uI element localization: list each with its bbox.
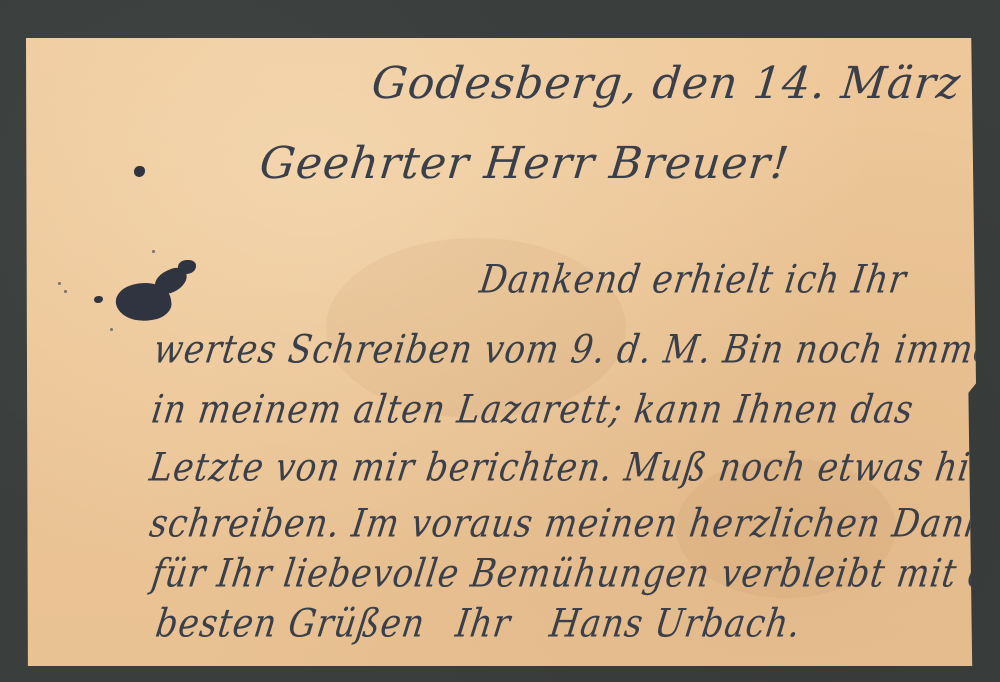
ink-dot (134, 166, 145, 177)
body-line-6: für Ihr liebevolle Bemühungen verbleibt … (149, 551, 1000, 597)
ink-speck (64, 290, 67, 293)
ink-speck (110, 328, 113, 331)
body-line-2: wertes Schreiben vom 9. d. M. Bin noch i… (151, 327, 1000, 373)
salutation: Geehrter Herr Breuer! (257, 138, 792, 189)
ink-blot (178, 260, 196, 274)
body-line-3: in meinem alten Lazarett; kann Ihnen das (149, 387, 917, 433)
ink-speck (58, 282, 61, 285)
body-line-1: Dankend erhielt ich Ihr (477, 257, 910, 303)
closing: Ihr (453, 601, 514, 647)
body-line-7: besten Grüßen (153, 601, 428, 647)
signature: Hans Urbach. (547, 601, 804, 647)
body-line-4: Letzte von mir berichten. Muß noch etwas… (147, 445, 1000, 491)
date-line: Godesberg, den 14. März 1917. (369, 58, 1000, 109)
postcard: Godesberg, den 14. März 1917. Geehrter H… (26, 38, 976, 666)
ink-speck (152, 250, 155, 253)
ink-blot (94, 296, 103, 303)
body-line-5: schreiben. Im voraus meinen herzlichen D… (147, 501, 990, 547)
